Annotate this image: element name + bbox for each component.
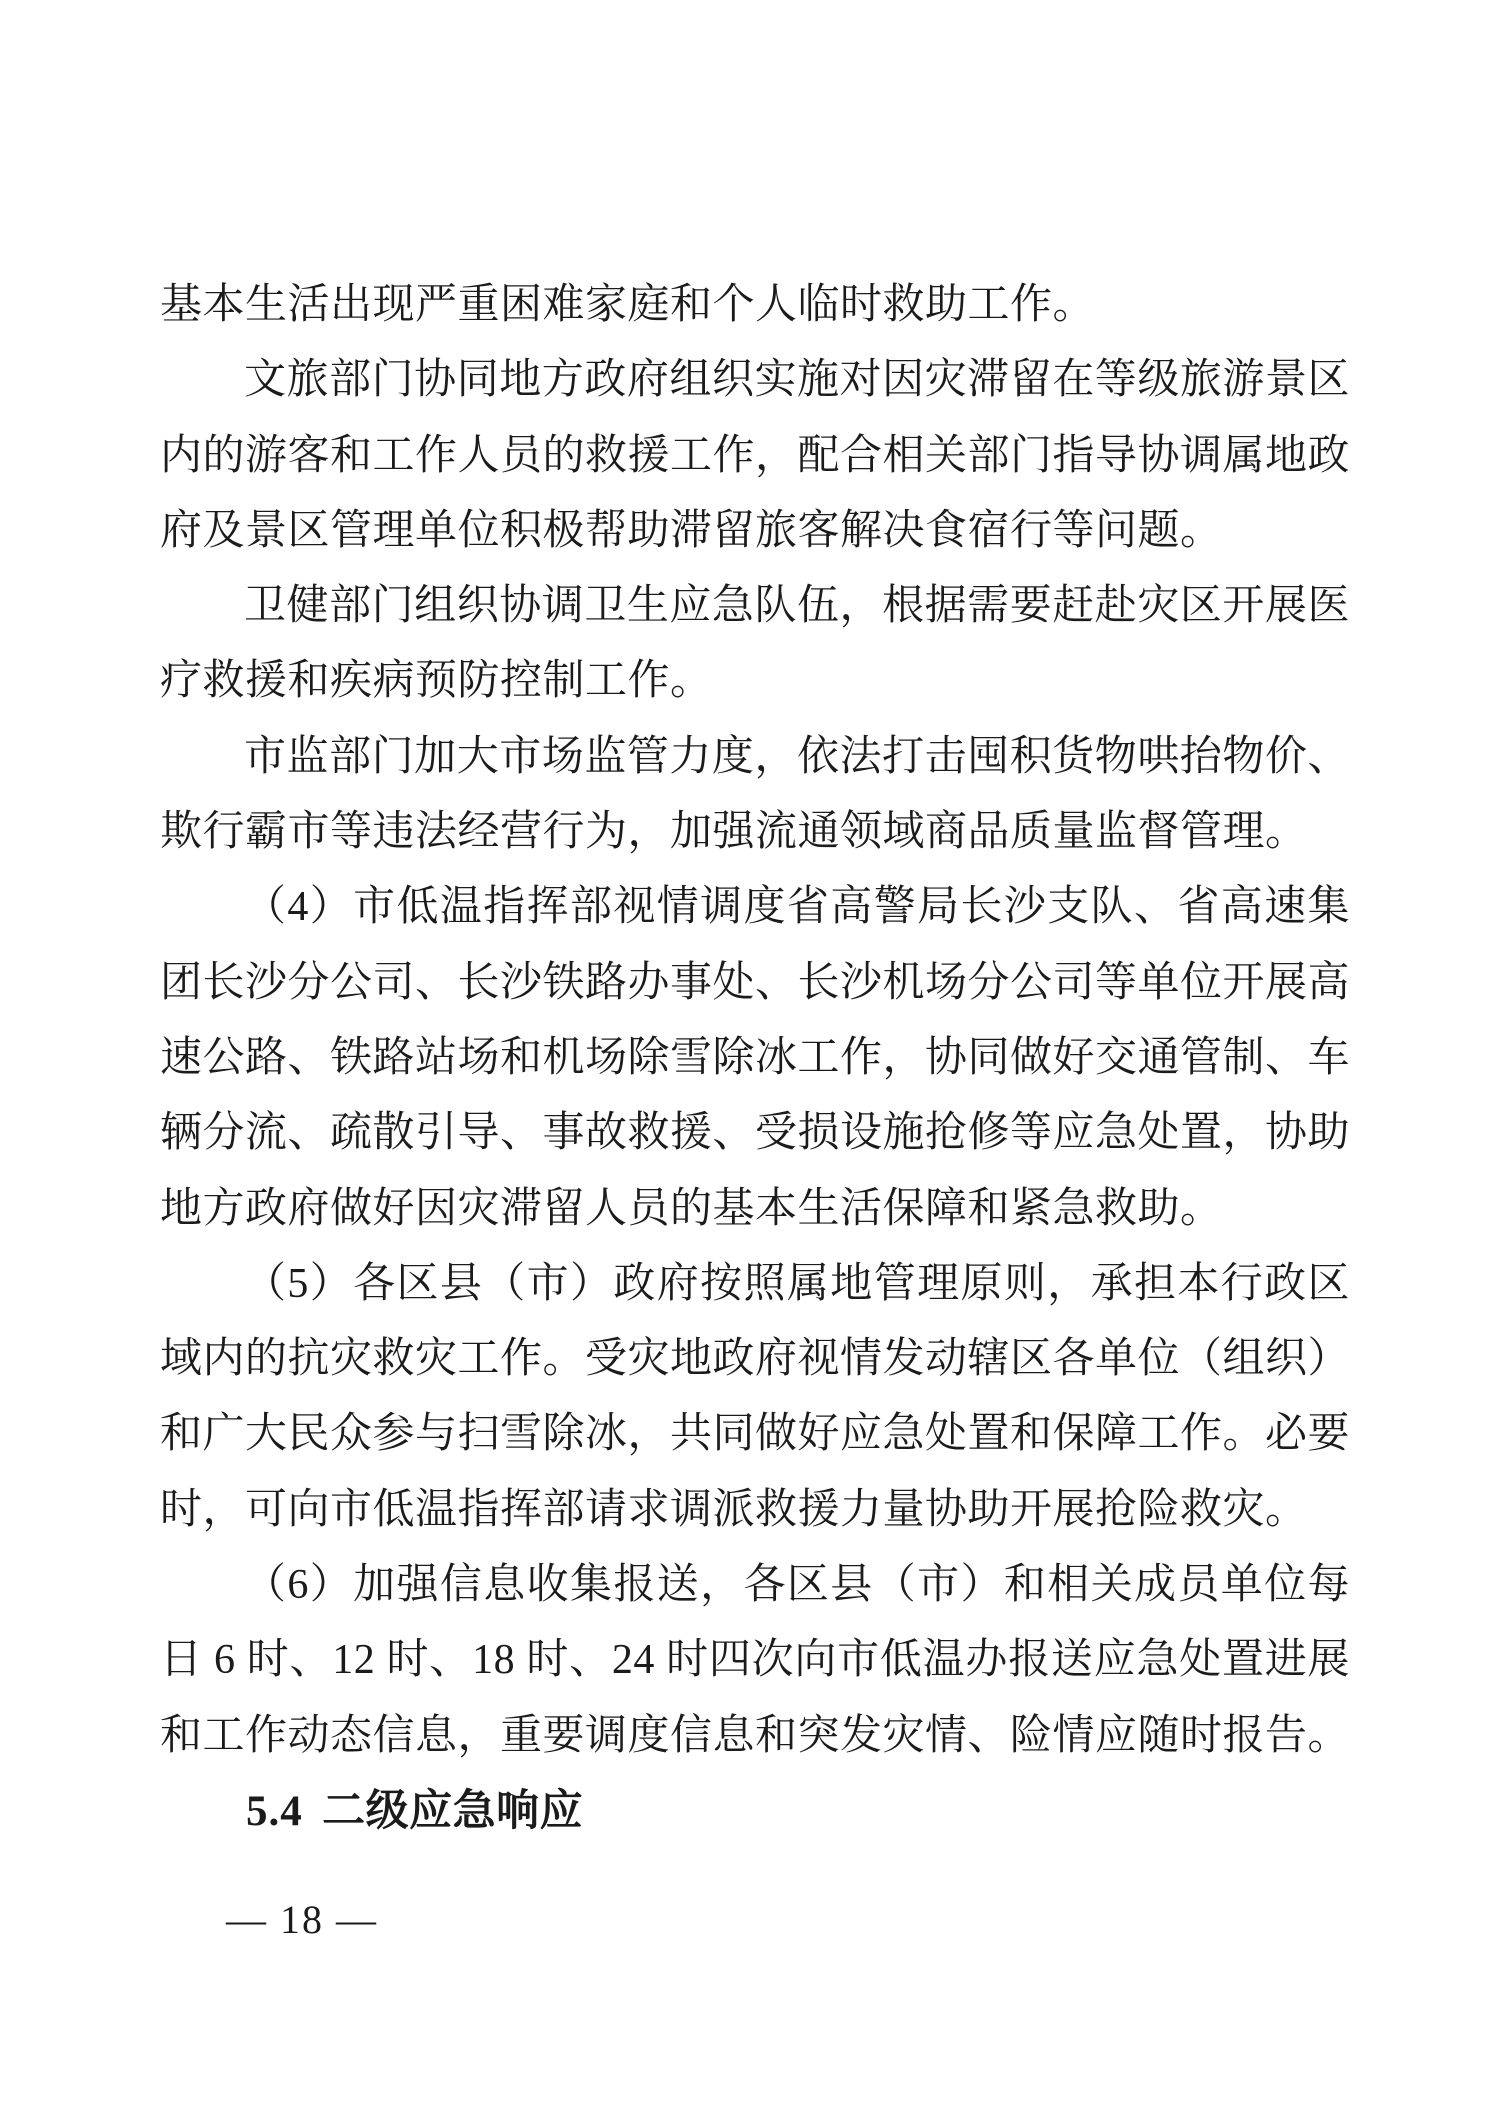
document-body: 基本生活出现严重困难家庭和个人临时救助工作。 文旅部门协同地方政府组织实施对因灾… bbox=[160, 268, 1350, 1849]
section-heading-number: 5.4 bbox=[246, 1788, 303, 1835]
body-paragraph: 基本生活出现严重困难家庭和个人临时救助工作。 bbox=[160, 268, 1350, 343]
page-number-footer: — 18 — bbox=[226, 1896, 378, 1943]
body-paragraph: （4）市低温指挥部视情调度省高警局长沙支队、省高速集团长沙分公司、长沙铁路办事处… bbox=[160, 870, 1350, 1246]
body-paragraph: （5）各区县（市）政府按照属地管理原则，承担本行政区域内的抗灾救灾工作。受灾地政… bbox=[160, 1247, 1350, 1548]
section-heading: 5.4二级应急响应 bbox=[160, 1774, 1350, 1849]
section-heading-title: 二级应急响应 bbox=[322, 1788, 583, 1835]
document-page: 基本生活出现严重困难家庭和个人临时救助工作。 文旅部门协同地方政府组织实施对因灾… bbox=[0, 0, 1488, 2104]
body-paragraph: 文旅部门协同地方政府组织实施对因灾滞留在等级旅游景区内的游客和工作人员的救援工作… bbox=[160, 343, 1350, 569]
body-paragraph: 市监部门加大市场监管力度，依法打击囤积货物哄抬物价、欺行霸市等违法经营行为，加强… bbox=[160, 720, 1350, 871]
body-paragraph: （6）加强信息收集报送，各区县（市）和相关成员单位每日 6 时、12 时、18 … bbox=[160, 1548, 1350, 1774]
body-paragraph: 卫健部门组织协调卫生应急队伍，根据需要赶赴灾区开展医疗救援和疾病预防控制工作。 bbox=[160, 569, 1350, 720]
